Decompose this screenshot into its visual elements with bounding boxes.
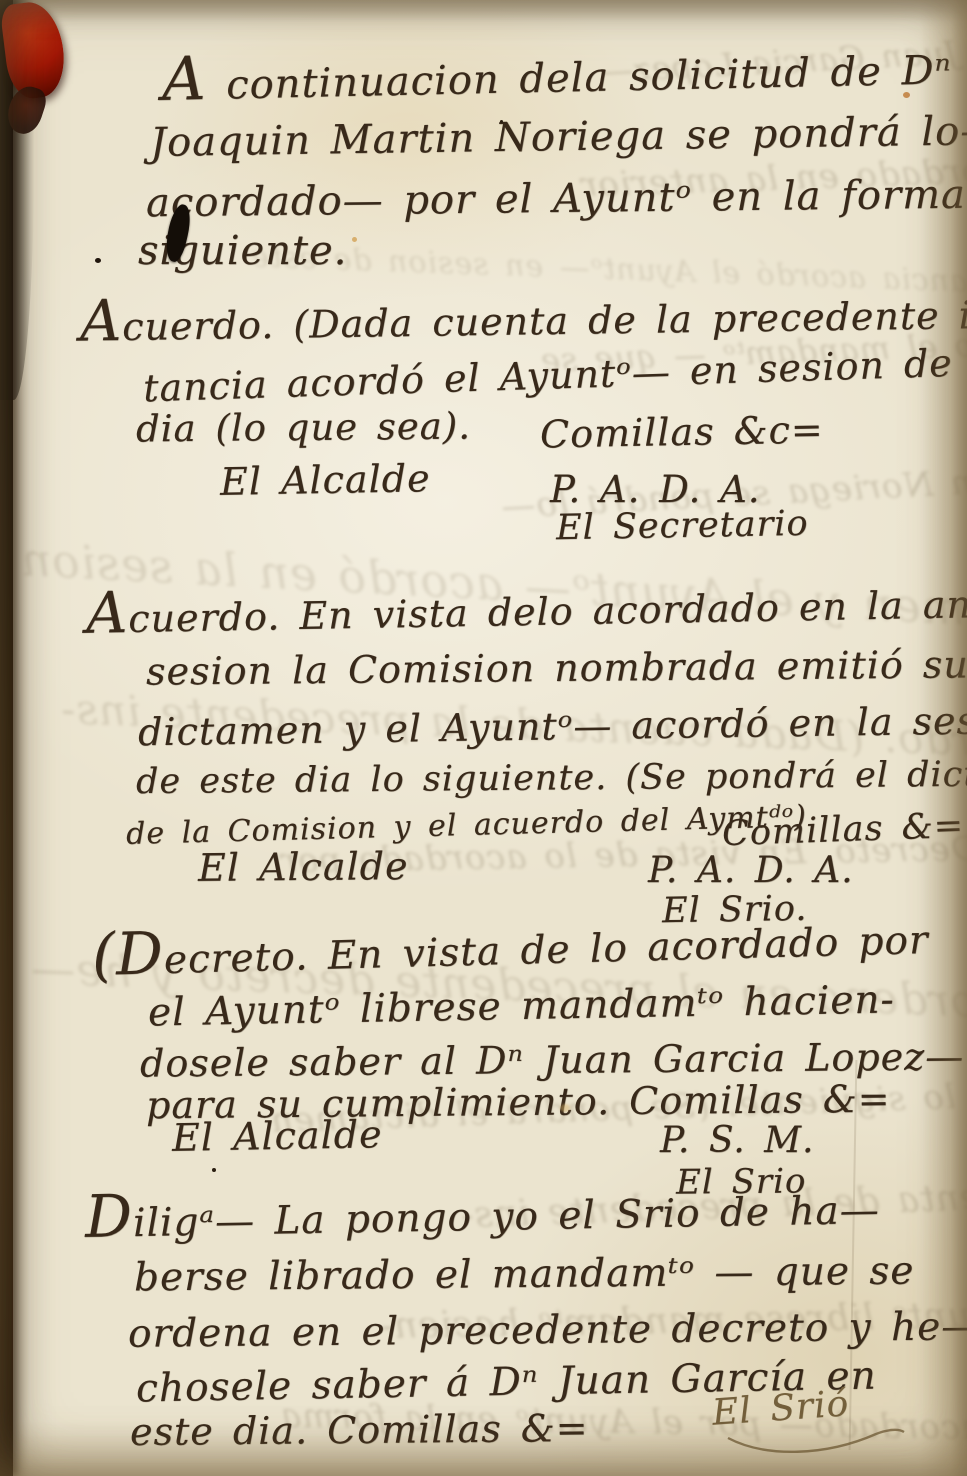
stain-freckle	[903, 92, 910, 98]
stain-freckle	[352, 237, 357, 242]
ink-speck	[500, 120, 503, 123]
closing-formula: Comillas &=	[721, 806, 964, 854]
manuscript-page: dosele saber al Dⁿ Juan Garcia Lopez— Ac…	[0, 0, 967, 1476]
signature-alcalde: El Alcalde	[198, 844, 409, 890]
manuscript-line: ordena en el precedente decreto y he—	[128, 1304, 967, 1356]
manuscript-line: este dia. Comillas &=	[130, 1406, 589, 1454]
manuscript-line: sesion la Comision nombrada emitió su	[146, 642, 967, 693]
manuscript-line: de este dia lo siguiente. (Se pondrá el …	[136, 754, 967, 802]
signature-flourish	[726, 1424, 906, 1458]
manuscript-line: berse librado el mandamᵗᵒ — que se	[134, 1249, 915, 1301]
manuscript-line: acordado— por el Ayuntᵒ en la forma	[146, 172, 966, 227]
ghost-bleedthrough-text: tancia acordó el Ayuntᵒ— en sesion de es…	[250, 239, 967, 299]
signature-initials: P. S. M.	[660, 1120, 814, 1161]
signature-alcalde: El Alcalde	[220, 456, 431, 504]
signature-initials: P. A. D. A.	[648, 850, 854, 891]
manuscript-line: A continuacion dela solicitud de Dⁿ —	[162, 41, 967, 110]
manuscript-line: Diligᵃ— La pongo yo el Srio de ha—	[85, 1183, 880, 1247]
signature-secretario: El Secretario	[556, 504, 809, 548]
signature-alcalde: El Alcalde	[172, 1112, 383, 1160]
ink-speck	[95, 258, 101, 263]
manuscript-line: dia (lo que sea).	[136, 405, 471, 451]
ink-speck	[212, 1168, 216, 1172]
stain-freckle	[560, 1104, 570, 1112]
closing-formula: Comillas &c=	[540, 408, 824, 457]
